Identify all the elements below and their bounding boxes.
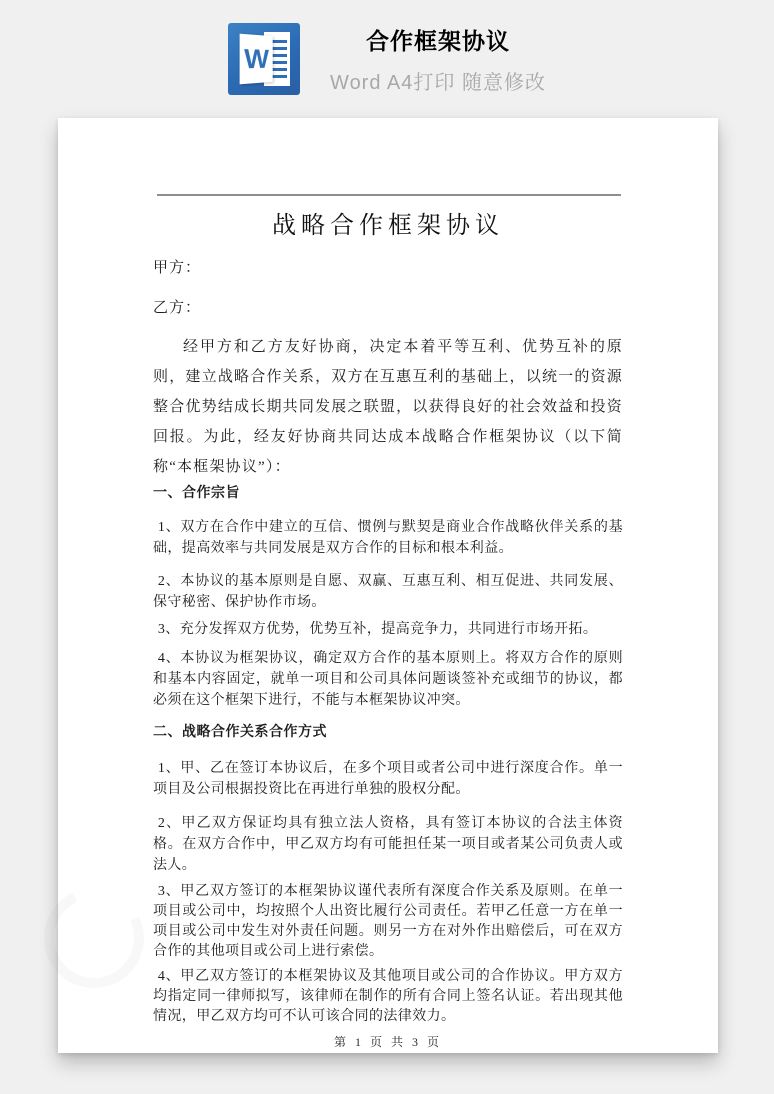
intro-paragraph: 经甲方和乙方友好协商，决定本着平等互利、优势互补的原则，建立战略合作关系，双方在… [153, 332, 623, 482]
section-2-heading: 二、战略合作关系合作方式 [153, 723, 623, 743]
section-2-paragraph-3: 3、甲乙双方签订的本框架协议谨代表所有深度合作关系及原则。在单一项目或公司中，均… [153, 882, 623, 962]
section-1-paragraph-4: 4、本协议为框架协议，确定双方合作的基本原则上。将双方合作的原则和基本内容固定，… [153, 648, 623, 711]
header-text: 合作框架协议 Word A4打印 随意修改 [330, 23, 546, 95]
section-1-paragraph-3: 3、充分发挥双方优势，优势互补，提高竞争力，共同进行市场开拓。 [153, 619, 623, 640]
document-page: 战略合作框架协议 甲方： 乙方： 经甲方和乙方友好协商，决定本着平等互利、优势互… [58, 118, 718, 1053]
section-2-paragraph-2: 2、甲乙双方保证均具有独立法人资格，具有签订本协议的合法主体资格。在双方合作中，… [153, 813, 623, 876]
section-2-paragraph-1: 1、甲、乙在签订本协议后，在多个项目或者公司中进行深度合作。单一项目及公司根据投… [153, 758, 623, 800]
word-icon-w-sheet: W [240, 34, 273, 85]
faint-watermark-icon [30, 874, 158, 1002]
section-1-paragraph-2: 2、本协议的基本原则是自愿、双赢、互惠互利、相互促进、共同发展、保守秘密、保护协… [153, 571, 623, 613]
section-1-paragraph-1: 1、双方在合作中建立的互信、惯例与默契是商业合作战略伙伴关系的基础，提高效率与共… [153, 517, 623, 559]
header-rule [157, 194, 621, 196]
template-header: W 合作框架协议 Word A4打印 随意修改 [0, 0, 774, 118]
page-number-footer: 第 1 页 共 3 页 [153, 1033, 623, 1050]
word-icon-letter: W [244, 45, 269, 73]
section-2-paragraph-4: 4、甲乙双方签订的本框架协议及其他项目或公司的合作协议。甲方双方均指定同一律师拟… [153, 967, 623, 1027]
document-title: 战略合作框架协议 [153, 208, 623, 244]
template-title: 合作框架协议 [366, 23, 510, 56]
template-subtitle: Word A4打印 随意修改 [330, 66, 546, 95]
party-a-line: 甲方： [153, 258, 623, 278]
section-1-heading: 一、合作宗旨 [153, 484, 623, 504]
party-b-line: 乙方： [153, 298, 623, 318]
word-icon: W [228, 23, 300, 95]
